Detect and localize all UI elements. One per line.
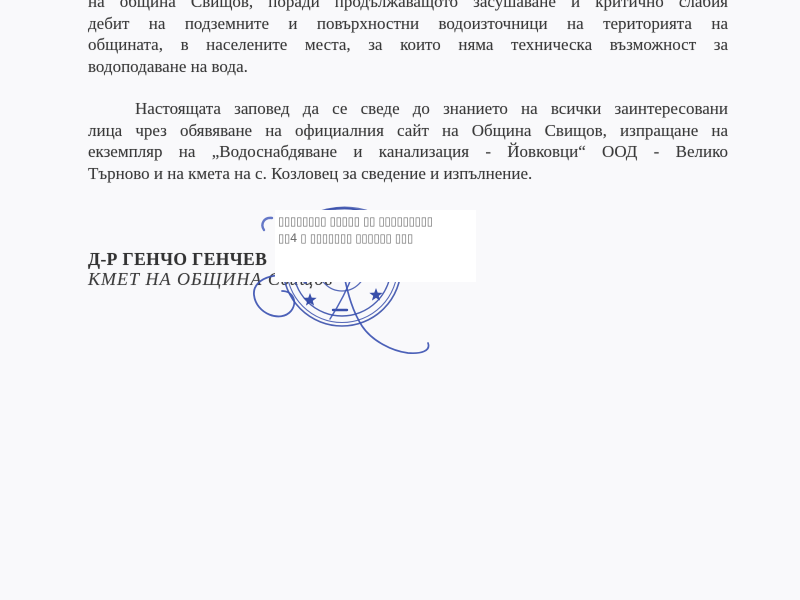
body-line: дебит на подземните и повърхностни водои…: [88, 13, 728, 35]
body-line: общината, в населените места, за които н…: [88, 34, 728, 56]
redaction-glyphs-line1: ▯▯▯▯▯▯▯▯ ▯▯▯▯▯ ▯▯ ▯▯▯▯▯▯▯▯▯: [278, 213, 476, 230]
body-line: лица чрез обявяване на официалния сайт н…: [88, 120, 728, 142]
paragraph-notification: Настоящата заповед да се сведе до знание…: [88, 98, 728, 184]
paragraph-water-sources: на община Свищов, поради продължаващото …: [88, 0, 728, 77]
scanned-document-page: на община Свищов, поради продължаващото …: [0, 0, 800, 600]
signatory-name: Д-Р ГЕНЧО ГЕНЧЕВ: [88, 249, 267, 270]
redaction-box: ▯▯▯▯▯▯▯▯ ▯▯▯▯▯ ▯▯ ▯▯▯▯▯▯▯▯▯ ▯▯4 ▯ ▯▯▯▯▯▯…: [275, 210, 476, 282]
redaction-glyphs-line2: ▯▯4 ▯ ▯▯▯▯▯▯▯ ▯▯▯▯▯▯ ▯▯▯: [278, 230, 476, 247]
body-line: Търново и на кмета на с. Козловец за све…: [88, 163, 728, 185]
body-line: на община Свищов, поради продължаващото …: [88, 0, 728, 13]
body-line: водоподаване на вода.: [88, 56, 728, 78]
signature-comma-mark: [262, 218, 272, 230]
body-line: екземпляр на „Водоснабдяване и канализац…: [88, 141, 728, 163]
body-line: Настоящата заповед да се сведе до знание…: [88, 98, 728, 120]
stamp-star-right: [369, 288, 382, 301]
